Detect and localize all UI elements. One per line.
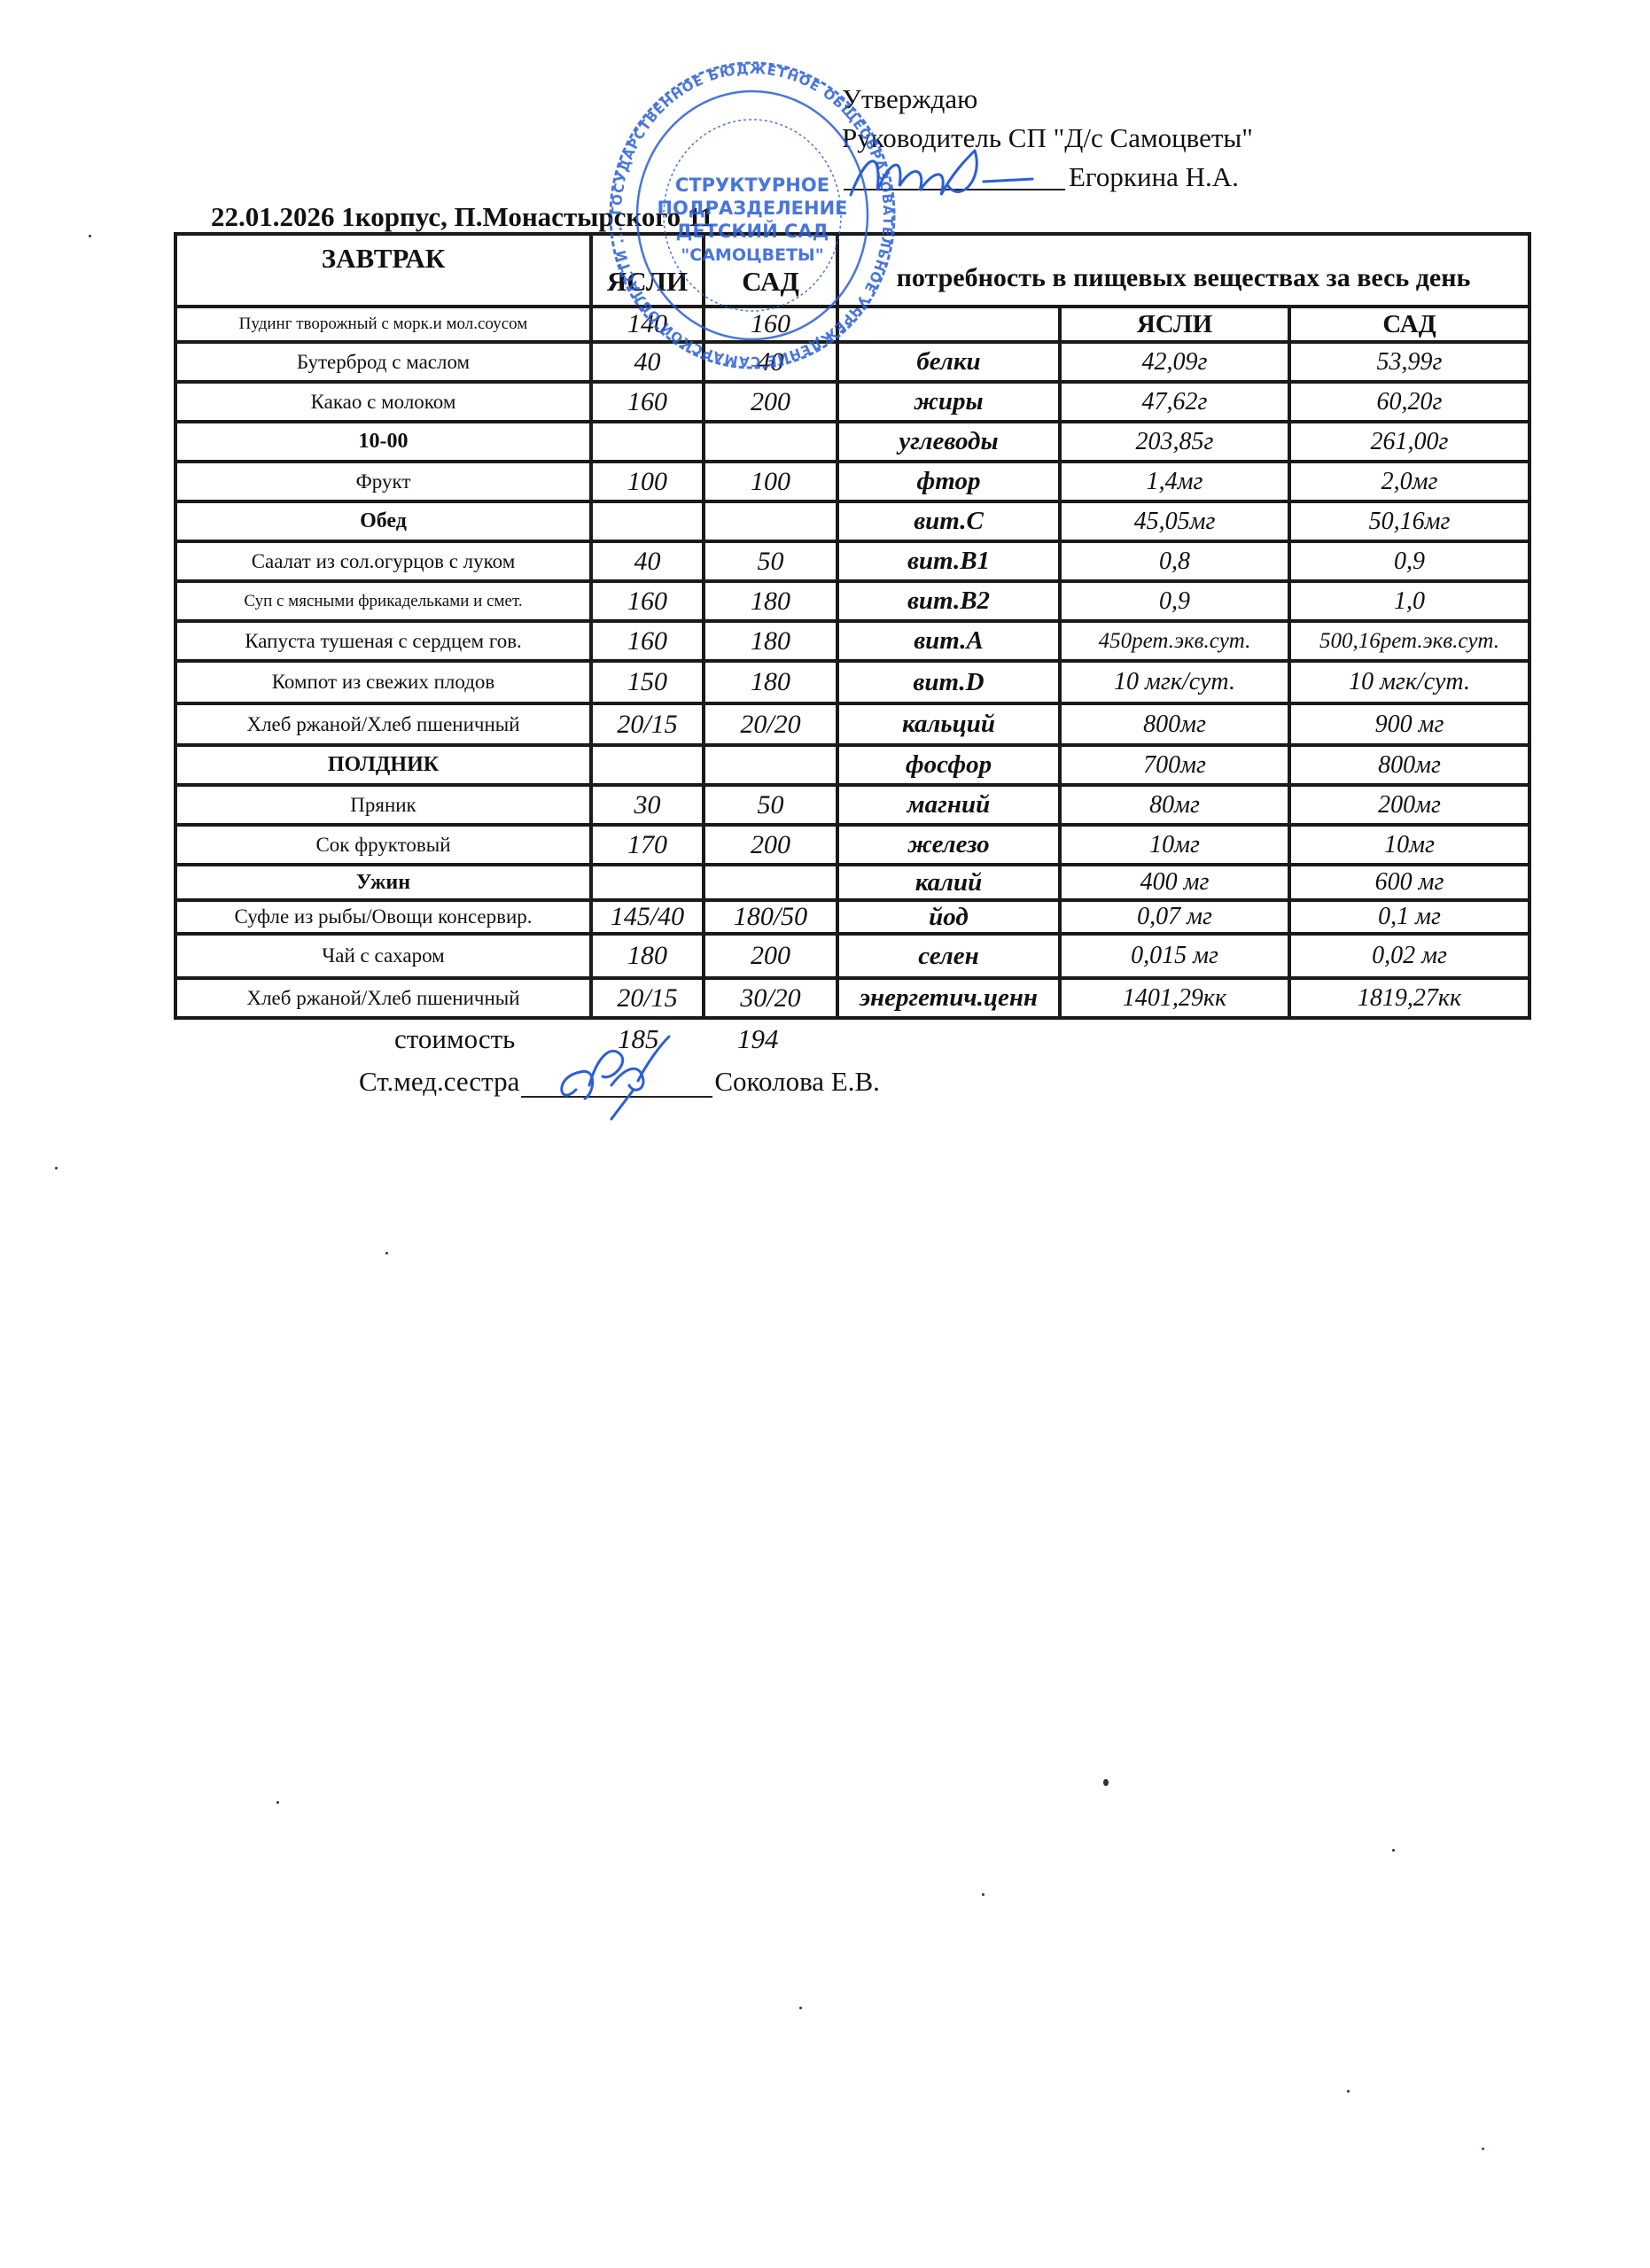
approval-role: Руководитель СП "Д/с Самоцветы" <box>842 124 1253 151</box>
nutrient-name: калий <box>837 865 1060 900</box>
portion-nursery: 40 <box>591 541 704 581</box>
needs-subheader-nursery: ЯСЛИ <box>1060 307 1289 342</box>
portion-garden: 50 <box>704 541 837 581</box>
dish-name: Пудинг творожный с морк.и мол.соусом <box>175 307 591 342</box>
portion-garden: 180 <box>704 661 837 703</box>
portion-nursery <box>591 501 704 541</box>
need-garden: 600 мг <box>1289 865 1529 900</box>
portion-nursery: 30 <box>591 785 704 825</box>
portion-nursery: 20/15 <box>591 978 704 1018</box>
need-garden: 0,1 мг <box>1289 900 1529 934</box>
dish-name: Пряник <box>175 785 591 825</box>
scan-speck <box>385 1252 388 1254</box>
table-row: Хлеб ржаной/Хлеб пшеничный20/1530/20энер… <box>175 978 1529 1018</box>
need-nursery: 400 мг <box>1060 865 1289 900</box>
scan-speck <box>799 2007 802 2009</box>
nutrient-name: магний <box>837 785 1060 825</box>
need-garden: 800мг <box>1289 745 1529 785</box>
need-garden: 1819,27кк <box>1289 978 1529 1018</box>
scan-speck <box>1347 2090 1350 2093</box>
need-nursery: 450рет.экв.сут. <box>1060 621 1289 661</box>
table-row: 10-00углеводы203,85г261,00г <box>175 422 1529 462</box>
table-row: Какао с молоком160200жиры47,62г60,20г <box>175 382 1529 422</box>
portion-nursery: 160 <box>591 382 704 422</box>
nutrient-name: йод <box>837 900 1060 934</box>
dish-name: Фрукт <box>175 462 591 501</box>
nutrient-name: вит.D <box>837 661 1060 703</box>
approval-title: Утверждаю <box>842 85 977 113</box>
scan-speck <box>1103 1779 1109 1786</box>
portion-garden: 180 <box>704 621 837 661</box>
scan-speck <box>1482 2148 1484 2150</box>
table-row: Хлеб ржаной/Хлеб пшеничный20/1520/20каль… <box>175 703 1529 745</box>
need-nursery: 1401,29кк <box>1060 978 1289 1018</box>
portion-nursery: 170 <box>591 825 704 865</box>
nutrient-name: вит.С <box>837 501 1060 541</box>
nutrient-name: вит.В1 <box>837 541 1060 581</box>
nutrient-name: жиры <box>837 382 1060 422</box>
portion-nursery <box>591 422 704 462</box>
need-garden: 2,0мг <box>1289 462 1529 501</box>
table-row: Сок фруктовый170200железо10мг10мг <box>175 825 1529 865</box>
scan-speck <box>1392 1849 1395 1852</box>
portion-nursery: 160 <box>591 581 704 621</box>
nutrient-name: фосфор <box>837 745 1060 785</box>
need-garden: 500,16рет.экв.сут. <box>1289 621 1529 661</box>
signature-underline <box>521 1073 712 1098</box>
table-row: Бутерброд с маслом4040белки42,09г53,99г <box>175 342 1529 382</box>
approval-signature-line: Егоркина Н.А. <box>844 163 1239 190</box>
portion-nursery: 150 <box>591 661 704 703</box>
nutrient-name: селен <box>837 934 1060 978</box>
need-garden: 53,99г <box>1289 342 1529 382</box>
need-garden: 60,20г <box>1289 382 1529 422</box>
portion-nursery <box>591 745 704 785</box>
need-nursery: 47,62г <box>1060 382 1289 422</box>
portion-garden <box>704 865 837 900</box>
dish-name: Компот из свежих плодов <box>175 661 591 703</box>
need-nursery: 42,09г <box>1060 342 1289 382</box>
need-garden: 0,9 <box>1289 541 1529 581</box>
signature-underline <box>844 166 1065 190</box>
meal-section-label: Обед <box>175 501 591 541</box>
cost-nursery: 185 <box>618 1023 659 1055</box>
need-garden: 10мг <box>1289 825 1529 865</box>
table-row: Саалат из сол.огурцов с луком4050вит.В10… <box>175 541 1529 581</box>
need-garden: 1,0 <box>1289 581 1529 621</box>
portion-nursery: 160 <box>591 621 704 661</box>
nurse-signature-line: Ст.мед.сестраСоколова Е.В. <box>359 1066 880 1098</box>
scan-speck <box>982 1893 985 1896</box>
portion-garden: 160 <box>704 307 837 342</box>
need-garden: 50,16мг <box>1289 501 1529 541</box>
scan-speck <box>55 1167 58 1169</box>
header-nursery: ЯСЛИ <box>591 234 704 307</box>
portion-garden: 20/20 <box>704 703 837 745</box>
nutrient-name: вит.А <box>837 621 1060 661</box>
need-garden: 0,02 мг <box>1289 934 1529 978</box>
portion-garden: 200 <box>704 382 837 422</box>
table-row: Фрукт100100фтор1,4мг2,0мг <box>175 462 1529 501</box>
table-row: ПОЛДНИКфосфор700мг800мг <box>175 745 1529 785</box>
nutrient-name: кальций <box>837 703 1060 745</box>
table-row: Ужинкалий400 мг600 мг <box>175 865 1529 900</box>
approver-name: Егоркина Н.А. <box>1069 161 1239 192</box>
table-row: Обедвит.С45,05мг50,16мг <box>175 501 1529 541</box>
dish-name: Суп с мясными фрикадельками и смет. <box>175 581 591 621</box>
table-header-row: ЗАВТРАК ЯСЛИ САД потребность в пищевых в… <box>175 234 1529 307</box>
nutrient-name: вит.В2 <box>837 581 1060 621</box>
needs-subheader-label <box>837 307 1060 342</box>
need-nursery: 80мг <box>1060 785 1289 825</box>
scan-speck <box>89 235 91 237</box>
need-nursery: 0,9 <box>1060 581 1289 621</box>
nutrient-name: углеводы <box>837 422 1060 462</box>
portion-nursery: 20/15 <box>591 703 704 745</box>
portion-garden: 50 <box>704 785 837 825</box>
need-nursery: 10мг <box>1060 825 1289 865</box>
portion-nursery: 145/40 <box>591 900 704 934</box>
portion-garden: 200 <box>704 825 837 865</box>
needs-subheader-garden: САД <box>1289 307 1529 342</box>
need-garden: 900 мг <box>1289 703 1529 745</box>
dish-name: Чай с сахаром <box>175 934 591 978</box>
meal-section-label: Ужин <box>175 865 591 900</box>
meal-section-label: ПОЛДНИК <box>175 745 591 785</box>
portion-garden <box>704 745 837 785</box>
need-nursery: 0,07 мг <box>1060 900 1289 934</box>
header-meal: ЗАВТРАК <box>175 234 591 307</box>
need-nursery: 45,05мг <box>1060 501 1289 541</box>
table-row: Пудинг творожный с морк.и мол.соусом1401… <box>175 307 1529 342</box>
portion-garden: 30/20 <box>704 978 837 1018</box>
nutrient-name: железо <box>837 825 1060 865</box>
document-title: 22.01.2026 1корпус, П.Монастырского 11 <box>211 201 713 233</box>
table-row: Пряник3050магний80мг200мг <box>175 785 1529 825</box>
need-garden: 261,00г <box>1289 422 1529 462</box>
table-row: Суфле из рыбы/Овощи консервир.145/40180/… <box>175 900 1529 934</box>
portion-garden: 180 <box>704 581 837 621</box>
dish-name: Сок фруктовый <box>175 825 591 865</box>
header-garden: САД <box>704 234 837 307</box>
table-row: Капуста тушеная с сердцем гов.160180вит.… <box>175 621 1529 661</box>
nutrient-name: фтор <box>837 462 1060 501</box>
need-nursery: 10 мгк/сут. <box>1060 661 1289 703</box>
portion-nursery: 180 <box>591 934 704 978</box>
need-nursery: 0,8 <box>1060 541 1289 581</box>
meal-section-label: 10-00 <box>175 422 591 462</box>
portion-nursery: 100 <box>591 462 704 501</box>
dish-name: Какао с молоком <box>175 382 591 422</box>
dish-name: Саалат из сол.огурцов с луком <box>175 541 591 581</box>
portion-nursery: 140 <box>591 307 704 342</box>
nurse-name: Соколова Е.В. <box>714 1066 880 1097</box>
portion-nursery: 40 <box>591 342 704 382</box>
dish-name: Капуста тушеная с сердцем гов. <box>175 621 591 661</box>
portion-garden: 100 <box>704 462 837 501</box>
table-row: Суп с мясными фрикадельками и смет.16018… <box>175 581 1529 621</box>
need-garden: 200мг <box>1289 785 1529 825</box>
need-nursery: 1,4мг <box>1060 462 1289 501</box>
cost-garden: 194 <box>737 1023 779 1055</box>
table-row: Чай с сахаром180200селен0,015 мг0,02 мг <box>175 934 1529 978</box>
dish-name: Суфле из рыбы/Овощи консервир. <box>175 900 591 934</box>
portion-nursery <box>591 865 704 900</box>
cost-label: стоимость <box>394 1023 515 1055</box>
nutrient-name: энергетич.ценн <box>837 978 1060 1018</box>
portion-garden: 40 <box>704 342 837 382</box>
menu-table: ЗАВТРАК ЯСЛИ САД потребность в пищевых в… <box>174 232 1531 1020</box>
need-nursery: 0,015 мг <box>1060 934 1289 978</box>
scan-speck <box>276 1801 279 1804</box>
nutrient-name: белки <box>837 342 1060 382</box>
need-nursery: 203,85г <box>1060 422 1289 462</box>
need-nursery: 800мг <box>1060 703 1289 745</box>
dish-name: Бутерброд с маслом <box>175 342 591 382</box>
table-row: Компот из свежих плодов150180вит.D10 мгк… <box>175 661 1529 703</box>
stamp-line-1: СТРУКТУРНОЕ <box>675 175 829 196</box>
need-garden: 10 мгк/сут. <box>1289 661 1529 703</box>
portion-garden <box>704 501 837 541</box>
dish-name: Хлеб ржаной/Хлеб пшеничный <box>175 978 591 1018</box>
header-needs: потребность в пищевых веществах за весь … <box>837 234 1529 307</box>
portion-garden: 200 <box>704 934 837 978</box>
portion-garden <box>704 422 837 462</box>
nurse-role: Ст.мед.сестра <box>359 1066 519 1097</box>
need-nursery: 700мг <box>1060 745 1289 785</box>
portion-garden: 180/50 <box>704 900 837 934</box>
dish-name: Хлеб ржаной/Хлеб пшеничный <box>175 703 591 745</box>
